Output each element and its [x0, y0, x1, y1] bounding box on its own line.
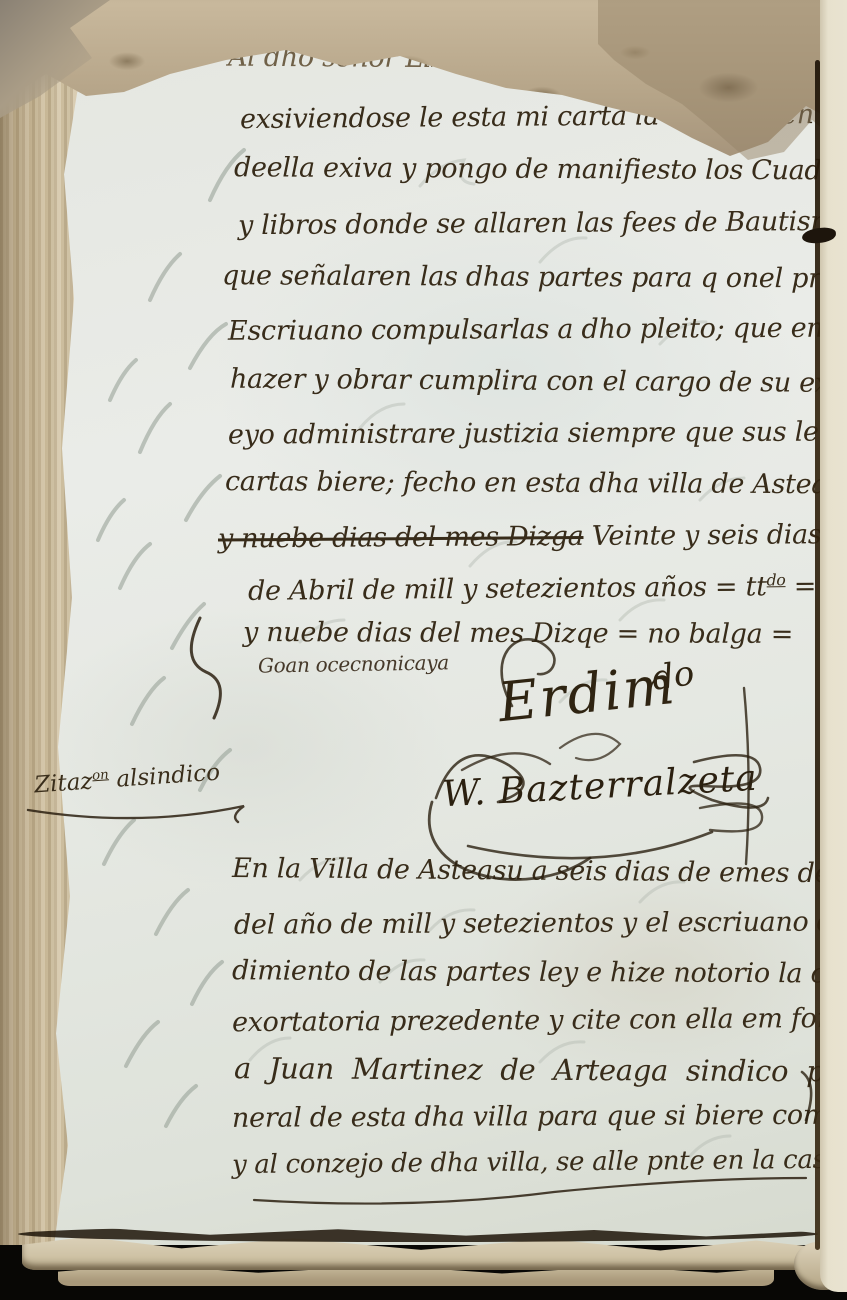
line-text: y nuebe dias del mes Dizqe = no balga =	[243, 617, 793, 650]
line-text: Goan ocecnonicaya	[258, 650, 449, 677]
line-text: exortatoria prezedente y cite con ella e…	[232, 1003, 847, 1038]
manuscript-line: Escriuano compulsarlas a dho pleito; que…	[228, 312, 847, 347]
manuscript-line: y libros donde se allaren las fees de Ba…	[238, 206, 847, 241]
manuscript-line: hazer y obrar cumplira con el cargo de s…	[230, 364, 847, 400]
manuscript-line: y nuebe dias del mes Dizqe = no balga =	[243, 617, 793, 650]
adjacent-page-edge	[820, 0, 847, 1292]
manuscript-line: a Juan Martinez de Arteaga sindico pror …	[234, 1051, 847, 1089]
line-text: de Abril de mill y setezientos años = tt	[248, 571, 767, 607]
line-text: Escriuano compulsarlas a dho pleito; que…	[228, 312, 847, 347]
manuscript-line: exortatoria prezedente y cite con ella e…	[232, 1003, 847, 1038]
signature-text: do	[649, 653, 696, 698]
struck-text: y nuebe dias del mes Dizga	[218, 521, 584, 555]
manuscript-line: En la Villa de Asteasu a seis dias de em…	[232, 853, 847, 890]
binding-gutter	[0, 0, 86, 1245]
line-text: Veinte y seis dias del mes	[592, 519, 847, 552]
line-text: que señalaren las dhas partes para q one…	[222, 260, 847, 295]
line-text: eyo administrare justizia siempre que su…	[228, 416, 847, 450]
margin-note-text: Zitaz	[33, 768, 93, 798]
manuscript-line: dimiento de las partes ley e hize notori…	[232, 955, 847, 989]
line-text: a Juan Martinez de Arteaga sindico pror …	[234, 1051, 847, 1089]
manuscript-line: eyo administrare justizia siempre que su…	[228, 416, 847, 450]
line-text: neral de esta dha villa para que si bier…	[232, 1099, 847, 1134]
manuscript-line: de Abril de mill y setezientos años = tt…	[248, 569, 847, 607]
manuscript-line: neral de esta dha villa para que si bier…	[232, 1099, 847, 1134]
signature-rubric-1-superscript: do	[649, 653, 696, 698]
line-text: cartas biere; fecho en esta dha villa de…	[225, 466, 847, 500]
manuscript-line: cartas biere; fecho en esta dha villa de…	[225, 466, 847, 501]
line-text: hazer y obrar cumplira con el cargo de s…	[230, 364, 847, 400]
line-text: y al conzejo de dha villa, se alle pnte …	[232, 1144, 847, 1180]
scribe-note-line: Goan ocecnonicaya	[258, 650, 449, 677]
line-text: y libros donde se allaren las fees de Ba…	[238, 206, 847, 241]
manuscript-line: que señalaren las dhas partes para q one…	[222, 260, 847, 295]
superscript: do	[767, 570, 786, 589]
line-text: del año de mill y setezientos y el escri…	[234, 906, 847, 940]
manuscript-line: y nuebe dias del mes Dizga Veinte y seis…	[218, 519, 847, 555]
line-text: dimiento de las partes ley e hize notori…	[232, 955, 847, 989]
line-text: En la Villa de Asteasu a seis dias de em…	[232, 853, 847, 890]
manuscript-line: del año de mill y setezientos y el escri…	[234, 906, 847, 940]
superscript: on	[92, 768, 110, 784]
manuscript-line: y al conzejo de dha villa, se alle pnte …	[232, 1144, 847, 1180]
